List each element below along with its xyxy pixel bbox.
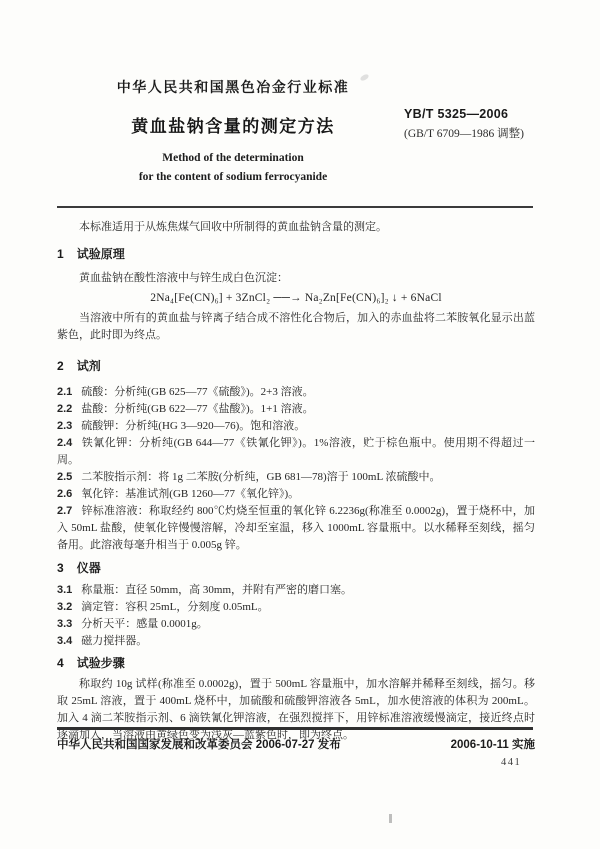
document-title: 黄血盐钠含量的测定方法 — [57, 112, 409, 137]
scan-artifact — [389, 814, 392, 823]
apparatus-item: 3.3分析天平：感量 0.0001g。 — [57, 616, 535, 633]
item-text: 铁氰化钾：分析纯(GB 644—77《铁氰化钾》)。1%溶液，贮于棕色瓶中。使用… — [57, 437, 535, 466]
reagent-item: 2.3硫酸钾：分析纯(HG 3—920—76)。饱和溶液。 — [57, 418, 535, 435]
item-number: 3.1 — [57, 584, 72, 596]
section-1-heading: 1试验原理 — [57, 246, 535, 262]
issuing-authority-and-date: 中华人民共和国国家发展和改革委员会 2006-07-27 发布 — [57, 736, 341, 752]
section-4-heading: 4试验步骤 — [57, 655, 535, 671]
section-2-heading: 2试剂 — [57, 358, 535, 374]
chemical-equation: 2Na₄[Fe(CN)₆] + 3ZnCl₂ ──→ Na₂Zn[Fe(CN)₆… — [57, 290, 535, 307]
standard-category-title: 中华人民共和国黑色冶金行业标准 — [57, 77, 409, 97]
item-number: 3.3 — [57, 618, 72, 630]
item-number: 3.4 — [57, 635, 72, 647]
item-text: 磁力搅拌器。 — [81, 635, 147, 647]
english-title: Method of the determination for the cont… — [57, 149, 409, 187]
item-text: 氧化锌：基准试剂(GB 1260—77《氧化锌》)。 — [81, 488, 299, 500]
section-number: 4 — [57, 656, 64, 670]
item-text: 滴定管：容积 25mL，分刻度 0.05mL。 — [81, 601, 268, 613]
footer-divider — [57, 727, 533, 730]
reagent-item: 2.1硫酸：分析纯(GB 625—77《硫酸》)。2+3 溶液。 — [57, 384, 535, 401]
reagent-item: 2.5二苯胺指示剂：将 1g 二苯胺(分析纯，GB 681—78)溶于 100m… — [57, 469, 535, 486]
item-text: 称量瓶：直径 50mm，高 30mm，并附有严密的磨口塞。 — [81, 584, 352, 596]
standard-number-block: YB/T 5325—2006 (GB/T 6709—1986 调整) — [404, 107, 524, 141]
section-title: 试剂 — [77, 359, 101, 373]
scope-paragraph: 本标准适用于从炼焦煤气回收中所制得的黄血盐钠含量的测定。 — [57, 219, 535, 236]
section-number: 3 — [57, 561, 64, 575]
reagent-item: 2.7锌标准溶液：称取经约 800℃灼烧至恒重的氧化锌 6.2236g(称准至 … — [57, 503, 535, 554]
item-text: 盐酸：分析纯(GB 622—77《盐酸》)。1+1 溶液。 — [81, 403, 313, 415]
item-text: 硫酸钾：分析纯(HG 3—920—76)。饱和溶液。 — [81, 420, 305, 432]
item-number: 2.2 — [57, 403, 72, 415]
document-body: 本标准适用于从炼焦煤气回收中所制得的黄血盐钠含量的测定。 1试验原理 黄血盐钠在… — [57, 219, 535, 744]
standard-adjust-note: (GB/T 6709—1986 调整) — [404, 125, 524, 141]
implementation-date: 2006-10-11 实施 — [451, 736, 535, 752]
item-text: 硫酸：分析纯(GB 625—77《硫酸》)。2+3 溶液。 — [81, 386, 313, 398]
standard-number: YB/T 5325—2006 — [404, 107, 524, 121]
item-number: 2.5 — [57, 471, 72, 483]
apparatus-item: 3.1称量瓶：直径 50mm，高 30mm，并附有严密的磨口塞。 — [57, 582, 535, 599]
item-number: 2.4 — [57, 437, 72, 449]
principle-endpoint-paragraph: 当溶液中所有的黄血盐与锌离子结合成不溶性化合物后，加入的赤血盐将二苯胺氧化显示出… — [57, 310, 535, 344]
item-number: 2.7 — [57, 505, 72, 517]
reagent-item: 2.6氧化锌：基准试剂(GB 1260—77《氧化锌》)。 — [57, 486, 535, 503]
document-page: 中华人民共和国黑色冶金行业标准 黄血盐钠含量的测定方法 YB/T 5325—20… — [0, 0, 600, 849]
section-title: 仪器 — [77, 561, 101, 575]
reagent-item: 2.2盐酸：分析纯(GB 622—77《盐酸》)。1+1 溶液。 — [57, 401, 535, 418]
reagent-item: 2.4铁氰化钾：分析纯(GB 644—77《铁氰化钾》)。1%溶液，贮于棕色瓶中… — [57, 435, 535, 469]
item-number: 3.2 — [57, 601, 72, 613]
item-text: 锌标准溶液：称取经约 800℃灼烧至恒重的氧化锌 6.2236g(称准至 0.0… — [57, 505, 535, 551]
english-title-line1: Method of the determination — [57, 149, 409, 168]
section-number: 1 — [57, 247, 64, 261]
footer: 中华人民共和国国家发展和改革委员会 2006-07-27 发布 2006-10-… — [57, 736, 535, 752]
apparatus-item: 3.4磁力搅拌器。 — [57, 633, 535, 650]
item-number: 2.6 — [57, 488, 72, 500]
item-number: 2.3 — [57, 420, 72, 432]
procedure-paragraph: 称取约 10g 试样(称准至 0.0002g)，置于 500mL 容量瓶中，加水… — [57, 676, 535, 744]
page-number: 441 — [501, 757, 521, 768]
english-title-line2: for the content of sodium ferrocyanide — [57, 168, 409, 187]
item-text: 二苯胺指示剂：将 1g 二苯胺(分析纯，GB 681—78)溶于 100mL 浓… — [81, 471, 440, 483]
item-text: 分析天平：感量 0.0001g。 — [81, 618, 208, 630]
item-number: 2.1 — [57, 386, 72, 398]
principle-lead-paragraph: 黄血盐钠在酸性溶液中与锌生成白色沉淀： — [57, 270, 535, 287]
section-title: 试验步骤 — [77, 656, 125, 670]
section-3-heading: 3仪器 — [57, 560, 535, 576]
section-title: 试验原理 — [77, 247, 125, 261]
section-number: 2 — [57, 359, 64, 373]
apparatus-item: 3.2滴定管：容积 25mL，分刻度 0.05mL。 — [57, 599, 535, 616]
header-divider — [57, 206, 533, 208]
